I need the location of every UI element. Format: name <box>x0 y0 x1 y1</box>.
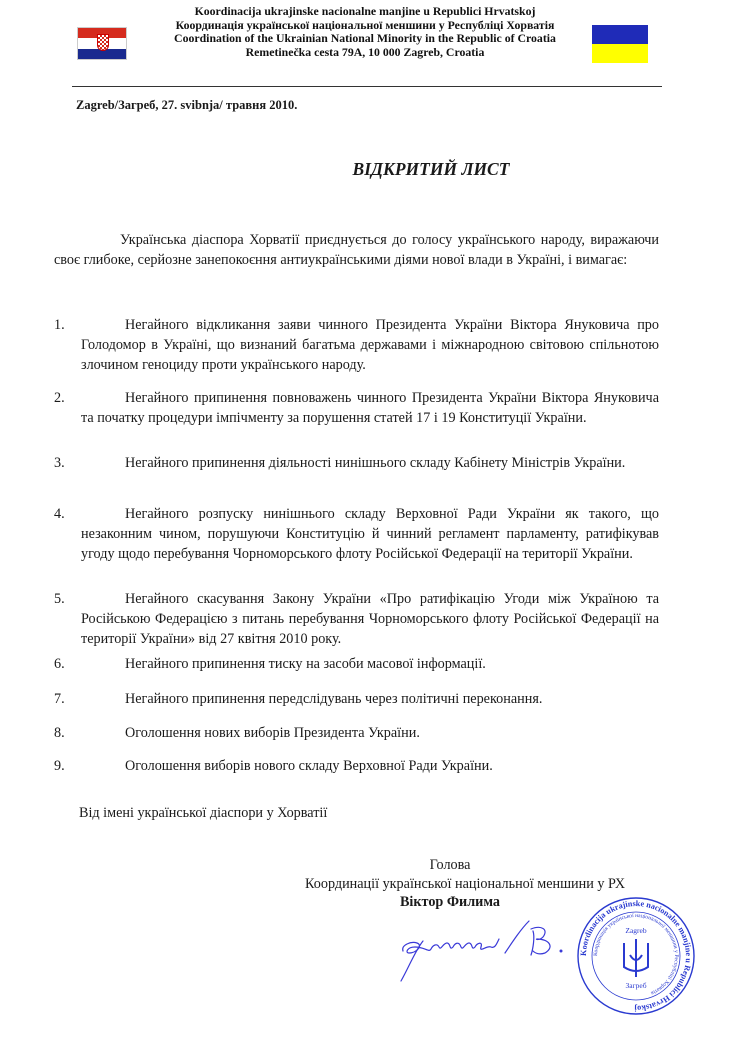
demand-item: 9. Оголошення виборів нового складу Верх… <box>54 756 659 776</box>
demand-text: Негайного припинення повноважень чинного… <box>81 388 659 428</box>
demand-number: 2. <box>54 388 65 408</box>
signatory-role: Голова <box>305 856 595 875</box>
demand-number: 1. <box>54 315 65 335</box>
demand-item: 3. Негайного припинення діяльності ниніш… <box>54 453 659 473</box>
demand-text: Оголошення виборів нового складу Верховн… <box>81 756 659 776</box>
demand-number: 5. <box>54 589 65 609</box>
letterhead: Koordinacija ukrajinske nacionalne manji… <box>140 5 590 59</box>
letterhead-line-ukrainian: Координація української національної мен… <box>140 19 590 33</box>
signatory-block: Голова Координації української національ… <box>305 856 595 912</box>
demand-number: 8. <box>54 723 65 743</box>
demand-number: 3. <box>54 453 65 473</box>
handwritten-signature-icon <box>395 917 570 987</box>
demand-item: 2. Негайного припинення повноважень чинн… <box>54 388 659 428</box>
demand-item: 1. Негайного відкликання заяви чинного П… <box>54 315 659 375</box>
demand-text: Негайного припинення тиску на засоби мас… <box>81 654 659 674</box>
intro-paragraph: Українська діаспора Хорватії приєднуєтьс… <box>54 230 659 270</box>
demand-number: 7. <box>54 689 65 709</box>
croatian-coat-of-arms-icon <box>97 34 109 51</box>
croatia-flag-icon <box>77 27 127 60</box>
demand-number: 6. <box>54 654 65 674</box>
header-divider <box>72 86 662 87</box>
demand-item: 6. Негайного припинення тиску на засоби … <box>54 654 659 674</box>
demand-text: Негайного припинення діяльності нинішньо… <box>81 453 659 473</box>
stamp-top-city: Zagreb <box>625 926 646 935</box>
closing-line: Від імені української діаспори у Хорваті… <box>79 805 327 822</box>
demand-item: 4. Негайного розпуску нинішнього складу … <box>54 504 659 564</box>
stamp-bottom-city: Загреб <box>625 981 646 990</box>
official-stamp-icon: Koordinacija ukrajinske nacionalne manji… <box>575 895 697 1017</box>
letterhead-line-croatian: Koordinacija ukrajinske nacionalne manji… <box>140 5 590 19</box>
demand-item: 8. Оголошення нових виборів Президента У… <box>54 723 659 743</box>
ukraine-flag-icon <box>592 25 648 63</box>
demand-number: 4. <box>54 504 65 524</box>
demand-text: Негайного відкликання заяви чинного През… <box>81 315 659 375</box>
signatory-organization: Координації української національної мен… <box>305 875 595 894</box>
demand-text: Негайного припинення передслідувань чере… <box>81 689 659 709</box>
trident-icon <box>624 939 648 977</box>
letter-date: Zagreb/Загреб, 27. svibnja/ травня 2010. <box>76 98 297 113</box>
demand-text: Негайного розпуску нинішнього складу Вер… <box>81 504 659 564</box>
demand-number: 9. <box>54 756 65 776</box>
demand-text: Негайного скасування Закону України «Про… <box>81 589 659 649</box>
demand-item: 5. Негайного скасування Закону України «… <box>54 589 659 649</box>
letterhead-address: Remetinečka cesta 79A, 10 000 Zagreb, Cr… <box>140 46 590 60</box>
signatory-name: Віктор Филима <box>305 893 595 912</box>
letter-title: ВІДКРИТИЙ ЛИСТ <box>0 159 729 180</box>
letterhead-line-english: Coordination of the Ukrainian National M… <box>140 32 590 46</box>
letter-title-text: ВІДКРИТИЙ ЛИСТ <box>353 159 510 180</box>
demand-item: 7. Негайного припинення передслідувань ч… <box>54 689 659 709</box>
demand-text: Оголошення нових виборів Президента Укра… <box>81 723 659 743</box>
